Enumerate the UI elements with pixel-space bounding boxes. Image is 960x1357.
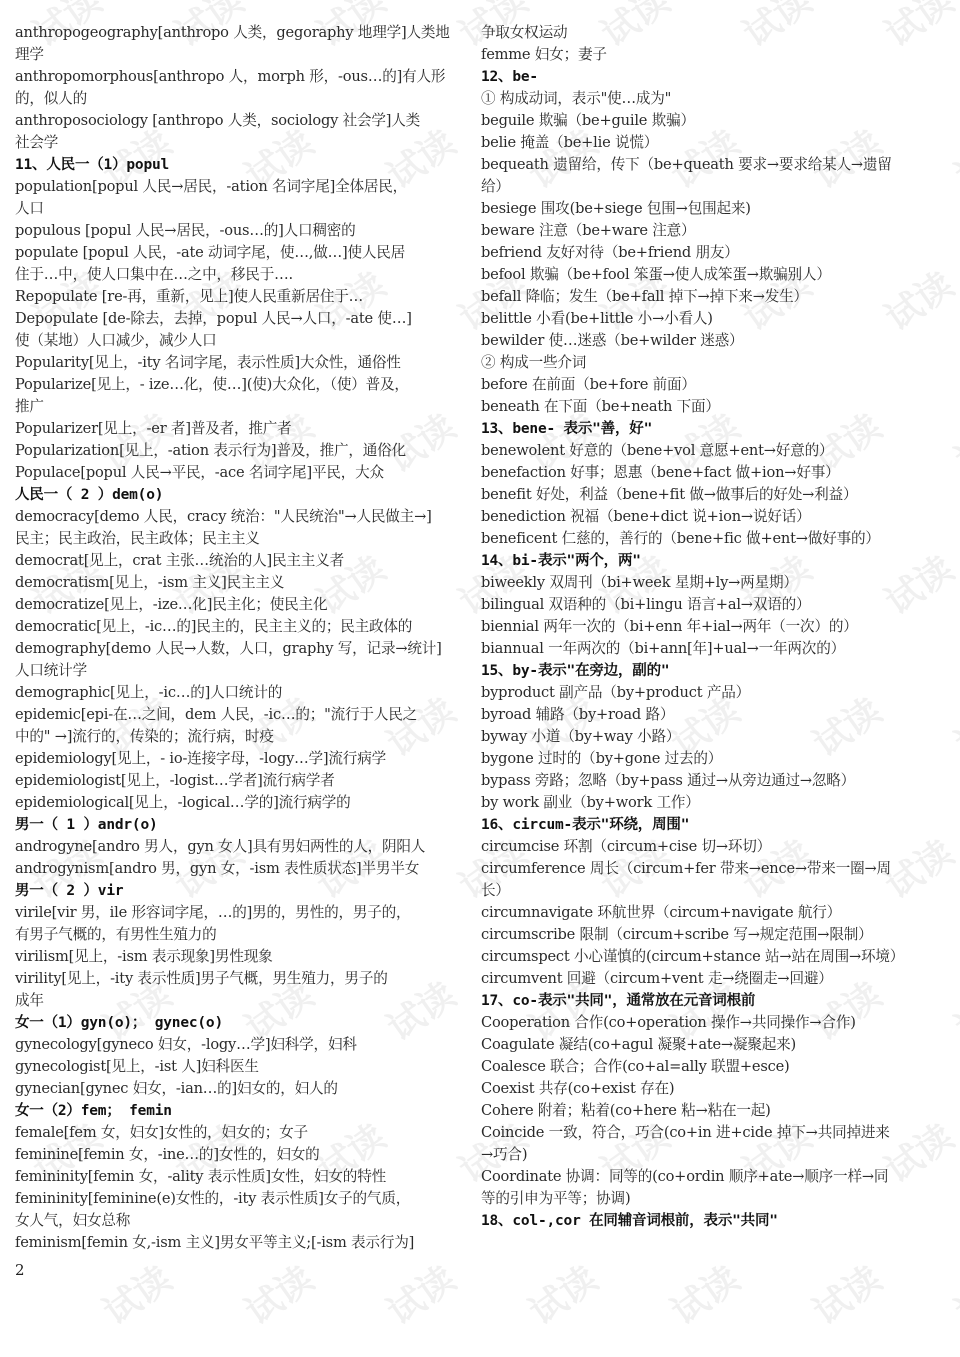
vocab-line: femininity[femin 女，-ality 表示性质]女性，妇女的特性 xyxy=(15,1166,477,1188)
vocab-line: 使（某地）人口减少，减少人口 xyxy=(15,330,477,352)
vocab-line: Coexist 共存(co+exist 存在) xyxy=(481,1078,946,1100)
vocab-line: Coincide 一致，符合，巧合(co+in 进+cide 掉下→共同掉进来 xyxy=(481,1122,946,1144)
page-number: 2 xyxy=(15,1261,25,1279)
vocab-line: circumference 周长（circum+fer 带来→ence→带来一圈… xyxy=(481,858,946,880)
vocab-line: Popularization[见上，-ation 表示行为]普及，推广，通俗化 xyxy=(15,440,477,462)
vocab-line: bewilder 使…迷惑（be+wilder 迷惑） xyxy=(481,330,946,352)
vocab-line: Popularizer[见上，-er 者]普及者，推广者 xyxy=(15,418,477,440)
vocab-line: circumspect 小心谨慎的(circum+stance 站→站在周围→环… xyxy=(481,946,946,968)
vocab-line: ① 构成动词，表示"使…成为" xyxy=(481,88,946,110)
watermark-text: 试读 xyxy=(944,968,960,1051)
vocab-line: Cooperation 合作(co+operation 操作→共同操作→合作) xyxy=(481,1012,946,1034)
vocab-line: byroad 辅路（by+road 路） xyxy=(481,704,946,726)
vocab-line: 等的引申为平等；协调) xyxy=(481,1188,946,1210)
vocab-line: byproduct 副产品（by+product 产品） xyxy=(481,682,946,704)
vocab-line: biannual 一年两次的（bi+ann[年]+ual→一年两次的） xyxy=(481,638,946,660)
right-column: 争取女权运动femme 妇女；妻子12、be-① 构成动词，表示"使…成为"be… xyxy=(481,22,946,1232)
vocab-line: bypass 旁路；忽略（by+pass 通过→从旁边通过→忽略） xyxy=(481,770,946,792)
vocab-line: Popularize[见上，- ize…化，使…](使)大众化，（使）普及， xyxy=(15,374,477,396)
section-heading: 18、col-,cor 在同辅音词根前，表示"共同" xyxy=(481,1210,946,1232)
section-heading: 12、be- xyxy=(481,66,946,88)
watermark-text: 试读 xyxy=(234,1252,322,1335)
vocab-line: Repopulate [re-再，重新，见上]使人民重新居住于… xyxy=(15,286,477,308)
vocab-line: Popularity[见上，-ity 名词字尾，表示性质]大众性，通俗性 xyxy=(15,352,477,374)
vocab-line: benewolent 好意的（bene+vol 意愿+ent→好意的） xyxy=(481,440,946,462)
vocab-line: populous [popul 人民→居民，-ous…的]人口稠密的 xyxy=(15,220,477,242)
vocab-line: female[fem 女，妇女]女性的，妇女的；女子 xyxy=(15,1122,477,1144)
vocab-line: befriend 友好对待（be+friend 朋友） xyxy=(481,242,946,264)
vocab-line: 给） xyxy=(481,176,946,198)
vocab-line: population[popul 人民→居民，-ation 名词字尾]全体居民， xyxy=(15,176,477,198)
vocab-line: femininity[feminine(e)女性的，-ity 表示性质]女子的气… xyxy=(15,1188,477,1210)
vocab-line: demographic[见上，-ic…的]人口统计的 xyxy=(15,682,477,704)
section-heading: 11、人民一（1）popul xyxy=(15,154,477,176)
vocab-line: feminine[femin 女，-ine…的]女性的，妇女的 xyxy=(15,1144,477,1166)
vocab-line: by work 副业（by+work 工作） xyxy=(481,792,946,814)
vocab-line: bequeath 遗留给，传下（be+queath 要求→要求给某人→遗留 xyxy=(481,154,946,176)
vocab-line: Coalesce 联合；合作(co+al=ally 联盟+esce) xyxy=(481,1056,946,1078)
section-heading: 人民一（ 2 ）dem(o) xyxy=(15,484,477,506)
vocab-line: 女人气，妇女总称 xyxy=(15,1210,477,1232)
vocab-line: 人口 xyxy=(15,198,477,220)
left-column: anthropogeography[anthropo 人类，gegoraphy … xyxy=(15,22,477,1254)
vocab-line: circumnavigate 环航世界（circum+navigate 航行） xyxy=(481,902,946,924)
vocab-line: Populace[popul 人民→平民，-ace 名词字尾]平民，大众 xyxy=(15,462,477,484)
vocab-line: demography[demo 人民→人数，人口，graphy 写，记录→统计] xyxy=(15,638,477,660)
vocab-line: biweekly 双周刊（bi+week 星期+ly→两星期） xyxy=(481,572,946,594)
vocab-line: anthroposociology [anthropo 人类，sociology… xyxy=(15,110,477,132)
vocab-line: democratize[见上，-ize…化]民主化；使民主化 xyxy=(15,594,477,616)
vocab-line: 人口统计学 xyxy=(15,660,477,682)
vocab-line: democratic[见上，-ic…的]民主的，民主主义的；民主政体的 xyxy=(15,616,477,638)
vocab-line: befool 欺骗（be+fool 笨蛋→使人成笨蛋→欺骗别人） xyxy=(481,264,946,286)
vocab-line: →巧合) xyxy=(481,1144,946,1166)
vocab-line: bilingual 双语种的（bi+lingu 语言+al→双语的） xyxy=(481,594,946,616)
vocab-line: beguile 欺骗（be+guile 欺骗） xyxy=(481,110,946,132)
vocab-line: bygone 过时的（by+gone 过去的） xyxy=(481,748,946,770)
vocab-line: 推广 xyxy=(15,396,477,418)
vocab-line: byway 小道（by+way 小路） xyxy=(481,726,946,748)
watermark-text: 试读 xyxy=(518,1252,606,1335)
vocab-line: benefit 好处，利益（bene+fit 做→做事后的好处→利益） xyxy=(481,484,946,506)
vocab-line: anthropogeography[anthropo 人类，gegoraphy … xyxy=(15,22,477,44)
vocab-line: 争取女权运动 xyxy=(481,22,946,44)
vocab-line: gynecian[gynec 妇女，-ian…的]妇女的，妇人的 xyxy=(15,1078,477,1100)
vocab-line: ② 构成一些介词 xyxy=(481,352,946,374)
document-page: 试读试读试读试读试读试读试读试读试读试读试读试读试读试读试读试读试读试读试读试读… xyxy=(0,0,960,1357)
vocab-line: beneficent 仁慈的，善行的（bene+fic 做+ent→做好事的） xyxy=(481,528,946,550)
vocab-line: virilism[见上，-ism 表示现象]男性现象 xyxy=(15,946,477,968)
vocab-line: 民主；民主政治，民主政体；民主主义 xyxy=(15,528,477,550)
watermark-text: 试读 xyxy=(802,1252,890,1335)
section-heading: 15、by-表示"在旁边，副的" xyxy=(481,660,946,682)
section-heading: 男一（ 1 ）andr(o) xyxy=(15,814,477,836)
vocab-line: circumvent 回避（circum+vent 走→绕圈走→回避） xyxy=(481,968,946,990)
vocab-line: epidemiologist[见上，-logist…学者]流行病学者 xyxy=(15,770,477,792)
vocab-line: 中的" →]流行的，传染的；流行病，时疫 xyxy=(15,726,477,748)
watermark-text: 试读 xyxy=(944,684,960,767)
vocab-line: anthropomorphous[anthropo 人，morph 形，-ous… xyxy=(15,66,477,88)
vocab-line: before 在前面（be+fore 前面） xyxy=(481,374,946,396)
watermark-text: 试读 xyxy=(944,400,960,483)
vocab-line: beware 注意（be+ware 注意） xyxy=(481,220,946,242)
watermark-text: 试读 xyxy=(944,1252,960,1335)
vocab-line: 社会学 xyxy=(15,132,477,154)
section-heading: 男一（ 2 ）vir xyxy=(15,880,477,902)
section-heading: 13、bene- 表示"善，好" xyxy=(481,418,946,440)
watermark-text: 试读 xyxy=(944,116,960,199)
vocab-line: gynecologist[见上，-ist 人]妇科医生 xyxy=(15,1056,477,1078)
watermark-text: 试读 xyxy=(92,1252,180,1335)
vocab-line: 的，似人的 xyxy=(15,88,477,110)
vocab-line: democrat[见上，crat 主张…统治的人]民主主义者 xyxy=(15,550,477,572)
section-heading: 14、bi-表示"两个，两" xyxy=(481,550,946,572)
watermark-text: 试读 xyxy=(376,1252,464,1335)
vocab-line: gynecology[gyneco 妇女，-logy…学]妇科学，妇科 xyxy=(15,1034,477,1056)
vocab-line: androgyne[andro 男人，gyn 女人]具有男妇两性的人，阴阳人 xyxy=(15,836,477,858)
vocab-line: Coordinate 协调：同等的(co+ordin 顺序+ate→顺序一样→同 xyxy=(481,1166,946,1188)
vocab-line: befall 降临；发生（be+fall 掉下→掉下来→发生） xyxy=(481,286,946,308)
vocab-line: femme 妇女；妻子 xyxy=(481,44,946,66)
section-heading: 16、circum-表示"环绕，周围" xyxy=(481,814,946,836)
vocab-line: androgynism[andro 男，gyn 女，-ism 表性质状态]半男半… xyxy=(15,858,477,880)
vocab-line: 长） xyxy=(481,880,946,902)
vocab-line: epidemiology[见上，- io-连接字母，-logy…学]流行病学 xyxy=(15,748,477,770)
vocab-line: circumscribe 限制（circum+scribe 写→规定范围→限制） xyxy=(481,924,946,946)
vocab-line: circumcise 环割（circum+cise 切→环切） xyxy=(481,836,946,858)
vocab-line: biennial 两年一次的（bi+enn 年+ial→两年（一次）的） xyxy=(481,616,946,638)
vocab-line: epidemiological[见上，-logical…学的]流行病学的 xyxy=(15,792,477,814)
vocab-line: belittle 小看(be+little 小→小看人) xyxy=(481,308,946,330)
vocab-line: belie 掩盖（be+lie 说慌） xyxy=(481,132,946,154)
vocab-line: virility[见上，-ity 表示性质]男子气概，男生殖力，男子的 xyxy=(15,968,477,990)
vocab-line: Cohere 附着；粘着(co+here 粘→粘在一起) xyxy=(481,1100,946,1122)
vocab-line: beneath 在下面（be+neath 下面） xyxy=(481,396,946,418)
vocab-line: populate [popul 人民，-ate 动词字尾，使…,做…]使人民居 xyxy=(15,242,477,264)
section-heading: 17、co-表示"共同"，通常放在元音词根前 xyxy=(481,990,946,1012)
section-heading: 女一（1）gyn(o)； gynec(o) xyxy=(15,1012,477,1034)
vocab-line: epidemic[epi-在…之间，dem 人民，-ic…的；"流行于人民之 xyxy=(15,704,477,726)
vocab-line: 住于…中，使人口集中在…之中，移民于…. xyxy=(15,264,477,286)
vocab-line: virile[vir 男，ile 形容词字尾，…的]男的，男性的，男子的， xyxy=(15,902,477,924)
vocab-line: benediction 祝福（bene+dict 说+ion→说好话） xyxy=(481,506,946,528)
vocab-line: 成年 xyxy=(15,990,477,1012)
section-heading: 女一（2）fem； femin xyxy=(15,1100,477,1122)
watermark-text: 试读 xyxy=(660,1252,748,1335)
vocab-line: democratism[见上，-ism 主义]民主主义 xyxy=(15,572,477,594)
vocab-line: 理学 xyxy=(15,44,477,66)
vocab-line: benefaction 好事；恩惠（bene+fact 做+ion→好事） xyxy=(481,462,946,484)
vocab-line: besiege 围攻(be+siege 包围→包围起来) xyxy=(481,198,946,220)
vocab-line: Depopulate [de-除去，去掉，popul 人民→人口，-ate 使…… xyxy=(15,308,477,330)
vocab-line: democracy[demo 人民，cracy 统治："人民统治"→人民做主→] xyxy=(15,506,477,528)
vocab-line: 有男子气概的，有男性生殖力的 xyxy=(15,924,477,946)
vocab-line: Coagulate 凝结(co+agul 凝聚+ate→凝聚起来) xyxy=(481,1034,946,1056)
vocab-line: feminism[femin 女,-ism 主义]男女平等主义;[-ism 表示… xyxy=(15,1232,477,1254)
